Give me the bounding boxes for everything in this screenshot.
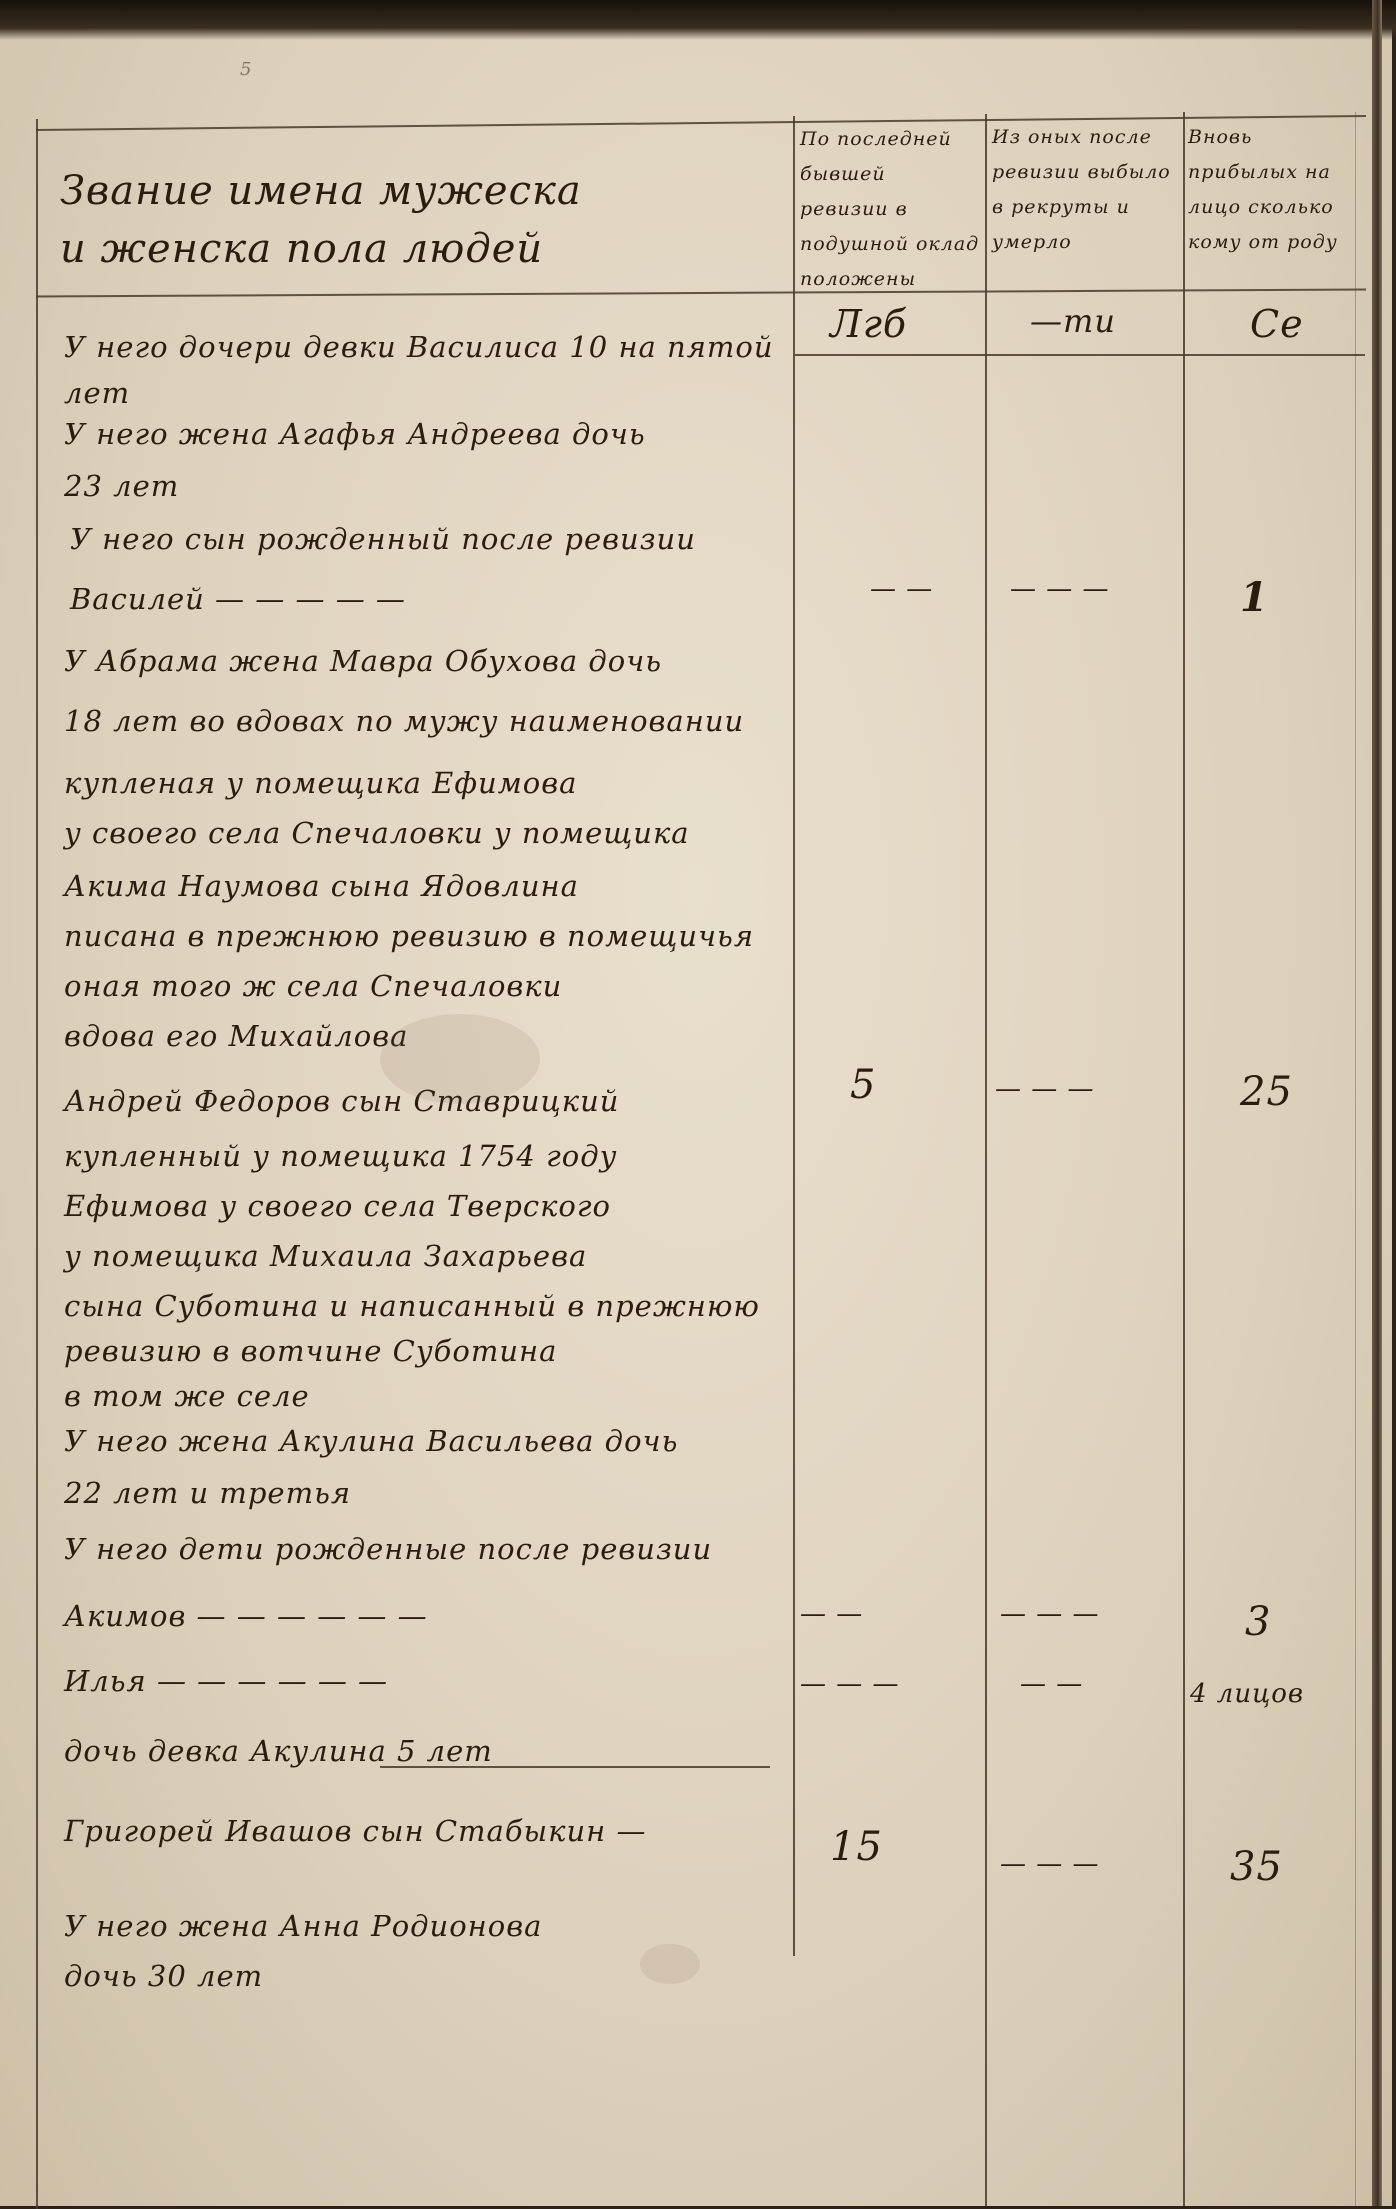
page-mark: 5 [240, 59, 252, 80]
entry-line: 18 лет во вдовах по мужу наименовании [64, 704, 744, 738]
entry-line: оная того ж села Спечаловки [64, 969, 562, 1003]
column-rule-4 [1355, 112, 1356, 2206]
entry-line: У него жена Анна Родионова [64, 1909, 542, 1943]
entry-9-c3: 35 [1230, 1844, 1283, 1890]
column-rule-3 [1183, 112, 1185, 2206]
entry-line: купленая у помещика Ефимова [64, 766, 577, 800]
entry-7-c1: — — — [800, 1669, 900, 1699]
entry-line: в том же селе [64, 1379, 310, 1413]
header-title-line-1: Звание имена мужеска [60, 162, 582, 220]
entry-line: У Абрама жена Мавра Обухова дочь [64, 644, 662, 678]
entry-line: ревизию в вотчине Суботина [64, 1334, 557, 1368]
entry-line: Акимов — — — — — — [64, 1599, 428, 1633]
entry-line: Андрей Федоров сын Ставрицкий [64, 1084, 619, 1118]
book-edge [1372, 0, 1382, 2206]
entry-8-underline [380, 1766, 770, 1768]
entry-2-c3: 1 [1240, 574, 1269, 621]
entry-line: У него сын рожденный после ревизии [70, 522, 696, 556]
entry-line: вдова его Михайлова [64, 1019, 408, 1053]
entry-4-c2: — — — [995, 1074, 1095, 1104]
column-header-1: По последней бывшей ревизии в подушной о… [800, 122, 980, 297]
entry-line: У него дочери девки Василиса 10 на пятой [64, 330, 774, 364]
entry-line: Григорей Ивашов сын Стабыкин — [64, 1814, 646, 1848]
paper-stain [640, 1944, 700, 1984]
left-margin-rule [36, 119, 38, 2206]
entry-line: Ефимова у своего села Тверского [64, 1189, 611, 1223]
column-header-2: Из оных после ревизии выбыло в рекруты и… [992, 120, 1172, 260]
manuscript-page: 5 Звание имена мужеска и женска пола люд… [0, 14, 1392, 2206]
entry-9-c2: — — — [1000, 1849, 1100, 1879]
first-row-c1: Лгб [830, 302, 907, 346]
entry-line: у своего села Спечаловки у помещика [64, 816, 690, 850]
first-row-c2: —ти [1030, 302, 1116, 340]
entry-6-c2: — — — [1000, 1599, 1100, 1629]
entry-2-c2: — — — [1010, 574, 1110, 604]
entry-line: дочь 30 лет [64, 1959, 263, 1993]
first-row-rule [795, 354, 1365, 356]
column-rule-2 [985, 114, 987, 2206]
entry-line: У него жена Акулина Васильева дочь [64, 1424, 678, 1458]
entry-7-c2: — — [1020, 1669, 1083, 1699]
entry-6-c3: 3 [1245, 1599, 1271, 1645]
header-bottom-rule [36, 289, 1366, 298]
header-title: Звание имена мужеска и женска пола людей [60, 162, 582, 278]
header-title-line-2: и женска пола людей [60, 220, 582, 278]
column-header-3: Вновь прибылых на лицо сколько кому от р… [1188, 120, 1353, 260]
entry-line: Василей — — — — — [70, 582, 406, 616]
entry-line: писана в прежнюю ревизию в помещичья [64, 919, 754, 953]
paper-stain [380, 1014, 540, 1104]
page-top-shadow [0, 0, 1396, 40]
first-row-c3: Се [1250, 302, 1304, 346]
entry-line: сына Суботина и написанный в прежнюю [64, 1289, 760, 1323]
entry-9-c1: 15 [830, 1824, 883, 1870]
entry-7-c3: 4 лицов [1190, 1679, 1304, 1709]
entry-line: 23 лет [64, 469, 179, 503]
entry-6-c1: — — [800, 1599, 863, 1629]
entry-line: купленный у помещика 1754 году [64, 1139, 617, 1173]
entry-line: лет [64, 376, 130, 410]
entry-line: Илья — — — — — — [64, 1664, 388, 1698]
entry-line: 22 лет и третья [64, 1476, 351, 1510]
entry-4-c1: 5 [850, 1062, 876, 1108]
entry-line: дочь девка Акулина 5 лет [64, 1734, 493, 1768]
entry-4-c3: 25 [1240, 1069, 1293, 1115]
entry-line: У него жена Агафья Андреева дочь [64, 417, 646, 451]
entry-line: У него дети рожденные после ревизии [64, 1532, 712, 1566]
entry-line: у помещика Михаила Захарьева [64, 1239, 587, 1273]
entry-line: Акима Наумова сына Ядовлина [64, 869, 579, 903]
entry-2-c1: — — [870, 574, 933, 604]
column-rule-1 [793, 116, 795, 1956]
